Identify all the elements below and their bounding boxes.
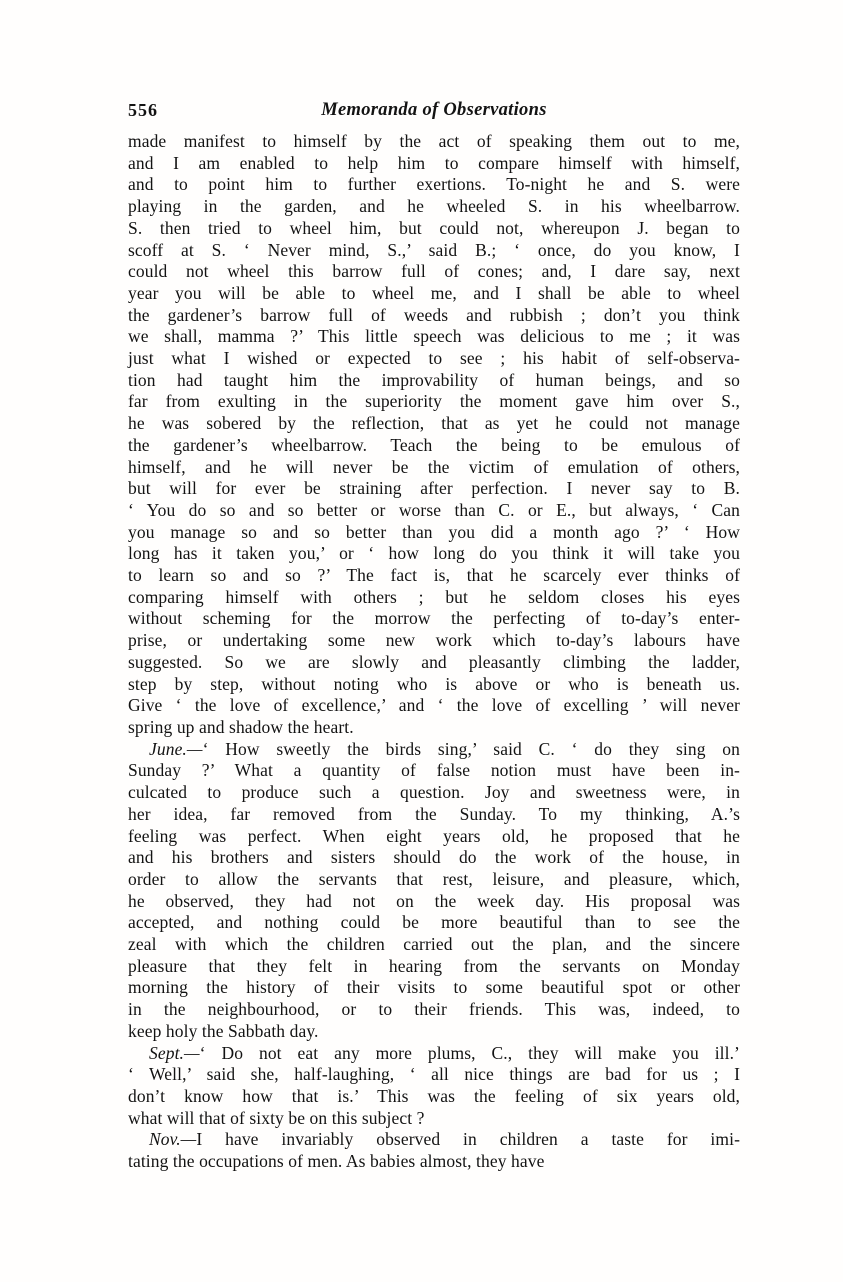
text-line: step by step, without noting who is abov… bbox=[128, 674, 740, 696]
text-line: Give ‘ the love of excellence,’ and ‘ th… bbox=[128, 695, 740, 717]
paragraph: Sept.—‘ Do not eat any more plums, C., t… bbox=[128, 1043, 740, 1130]
text-line: made manifest to himself by the act of s… bbox=[128, 131, 740, 153]
text-line: keep holy the Sabbath day. bbox=[128, 1021, 740, 1043]
text-line: order to allow the servants that rest, l… bbox=[128, 869, 740, 891]
text-line: the gardener’s wheelbarrow. Teach the be… bbox=[128, 435, 740, 457]
text-line: accepted, and nothing could be more beau… bbox=[128, 912, 740, 934]
text-line: long has it taken you,’ or ‘ how long do… bbox=[128, 543, 740, 565]
text-line: playing in the garden, and he wheeled S.… bbox=[128, 196, 740, 218]
text-line: Sept.—‘ Do not eat any more plums, C., t… bbox=[128, 1043, 740, 1065]
text-line: S. then tried to wheel him, but could no… bbox=[128, 218, 740, 240]
text-line: just what I wished or expected to see ; … bbox=[128, 348, 740, 370]
text-line: but will for ever be straining after per… bbox=[128, 478, 740, 500]
text-line: he observed, they had not on the week da… bbox=[128, 891, 740, 913]
paragraph: Nov.—I have invariably observed in child… bbox=[128, 1129, 740, 1172]
text-line: could not wheel this barrow full of cone… bbox=[128, 261, 740, 283]
text-line: feeling was perfect. When eight years ol… bbox=[128, 826, 740, 848]
page-header: 556 Memoranda of Observations bbox=[128, 100, 740, 126]
text-line: and to point him to further exertions. T… bbox=[128, 174, 740, 196]
running-title: Memoranda of Observations bbox=[128, 100, 740, 121]
text-line: to learn so and so ?’ The fact is, that … bbox=[128, 565, 740, 587]
text-line: morning the history of their visits to s… bbox=[128, 977, 740, 999]
text-line: he was sobered by the reflection, that a… bbox=[128, 413, 740, 435]
text-line: scoff at S. ‘ Never mind, S.,’ said B.; … bbox=[128, 240, 740, 262]
text-line: ‘ Well,’ said she, half-laughing, ‘ all … bbox=[128, 1064, 740, 1086]
text-line: you manage so and so better than you did… bbox=[128, 522, 740, 544]
text-line: spring up and shadow the heart. bbox=[128, 717, 740, 739]
text-line: zeal with which the children carried out… bbox=[128, 934, 740, 956]
book-page: 556 Memoranda of Observations made manif… bbox=[0, 0, 843, 1282]
text-line: himself, and he will never be the victim… bbox=[128, 457, 740, 479]
text-line: tion had taught him the improvability of… bbox=[128, 370, 740, 392]
text-line: ‘ You do so and so better or worse than … bbox=[128, 500, 740, 522]
date-lead: June.— bbox=[149, 739, 203, 759]
text-line: without scheming for the morrow the perf… bbox=[128, 608, 740, 630]
paragraph: June.—‘ How sweetly the birds sing,’ sai… bbox=[128, 739, 740, 1043]
text-line: pleasure that they felt in hearing from … bbox=[128, 956, 740, 978]
text-line: the gardener’s barrow full of weeds and … bbox=[128, 305, 740, 327]
date-lead: Nov.— bbox=[149, 1129, 196, 1149]
text-line: year you will be able to wheel me, and I… bbox=[128, 283, 740, 305]
text-line: suggested. So we are slowly and pleasant… bbox=[128, 652, 740, 674]
text-line: and I am enabled to help him to compare … bbox=[128, 153, 740, 175]
date-lead: Sept.— bbox=[149, 1043, 200, 1063]
paragraph: made manifest to himself by the act of s… bbox=[128, 131, 740, 739]
text-line: far from exulting in the superiority the… bbox=[128, 391, 740, 413]
text-line: we shall, mamma ?’ This little speech wa… bbox=[128, 326, 740, 348]
text-line: in the neighbourhood, or to their friend… bbox=[128, 999, 740, 1021]
text-line: comparing himself with others ; but he s… bbox=[128, 587, 740, 609]
text-line: her idea, far removed from the Sunday. T… bbox=[128, 804, 740, 826]
text-line: prise, or undertaking some new work whic… bbox=[128, 630, 740, 652]
text-line: what will that of sixty be on this subje… bbox=[128, 1108, 740, 1130]
text-line: June.—‘ How sweetly the birds sing,’ sai… bbox=[128, 739, 740, 761]
body-text: made manifest to himself by the act of s… bbox=[128, 131, 740, 1173]
text-line: tating the occupations of men. As babies… bbox=[128, 1151, 740, 1173]
text-line: Nov.—I have invariably observed in child… bbox=[128, 1129, 740, 1151]
text-line: culcated to produce such a question. Joy… bbox=[128, 782, 740, 804]
text-line: and his brothers and sisters should do t… bbox=[128, 847, 740, 869]
text-line: don’t know how that is.’ This was the fe… bbox=[128, 1086, 740, 1108]
text-line: Sunday ?’ What a quantity of false notio… bbox=[128, 760, 740, 782]
